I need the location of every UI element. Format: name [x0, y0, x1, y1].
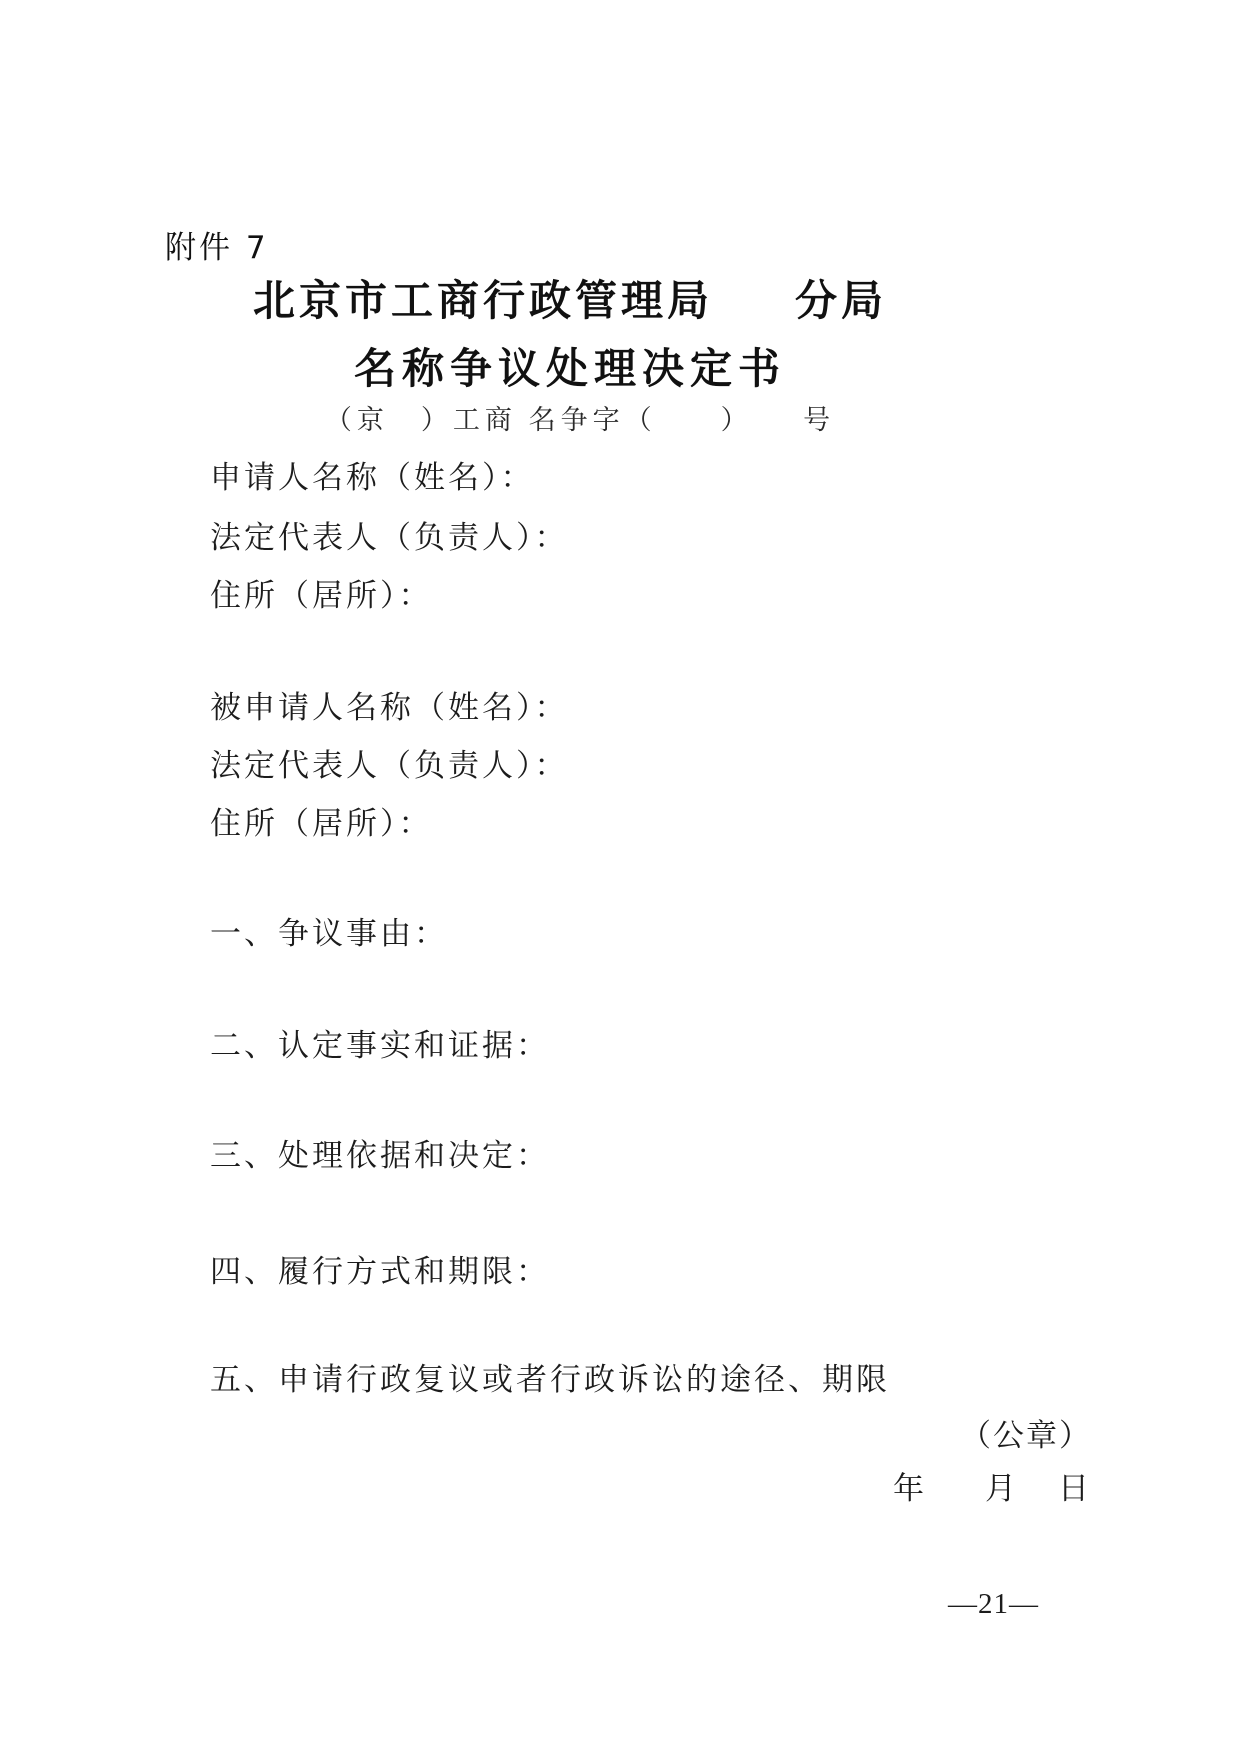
respondent-legal-rep-label: 法定代表人（负责人）：: [210, 740, 569, 785]
applicant-name-label: 申请人名称（姓名）：: [210, 452, 535, 497]
section-5-review-litigation: 五、申请行政复议或者行政诉讼的途径、期限: [210, 1354, 890, 1399]
title-authority: 北京市工商行政管理局: [253, 276, 713, 325]
document-number-line: （京 ）工商 名争字（ ） 号: [0, 398, 1160, 437]
section-1-dispute-matter: 一、争议事由：: [210, 908, 448, 953]
page-number: —21—: [948, 1588, 1039, 1621]
date-year-label: 年: [893, 1463, 924, 1508]
applicant-address-label: 住所（居所）：: [210, 570, 433, 615]
attachment-label: 附件 7: [165, 222, 269, 267]
date-month-label: 月: [985, 1463, 1016, 1508]
section-4-performance-deadline: 四、履行方式和期限：: [210, 1246, 550, 1291]
date-day-label: 日: [1058, 1463, 1089, 1508]
applicant-legal-rep-label: 法定代表人（负责人）：: [210, 512, 569, 557]
document-title: 北京市工商行政管理局分局 名称争议处理决定书: [0, 268, 1140, 396]
respondent-address-label: 住所（居所）：: [210, 798, 433, 843]
section-2-facts-evidence: 二、认定事实和证据：: [210, 1020, 550, 1065]
respondent-name-label: 被申请人名称（姓名）：: [210, 682, 569, 727]
section-3-basis-decision: 三、处理依据和决定：: [210, 1130, 550, 1175]
document-page: 附件 7 北京市工商行政管理局分局 名称争议处理决定书 （京 ）工商 名争字（ …: [0, 0, 1241, 1754]
title-branch: 分局: [795, 276, 887, 325]
title-line-1: 北京市工商行政管理局分局: [0, 268, 1140, 328]
official-seal-placeholder: （公章）: [960, 1410, 1092, 1455]
title-line-2: 名称争议处理决定书: [0, 336, 1140, 396]
date-line: 年 月 日: [0, 1463, 1241, 1503]
